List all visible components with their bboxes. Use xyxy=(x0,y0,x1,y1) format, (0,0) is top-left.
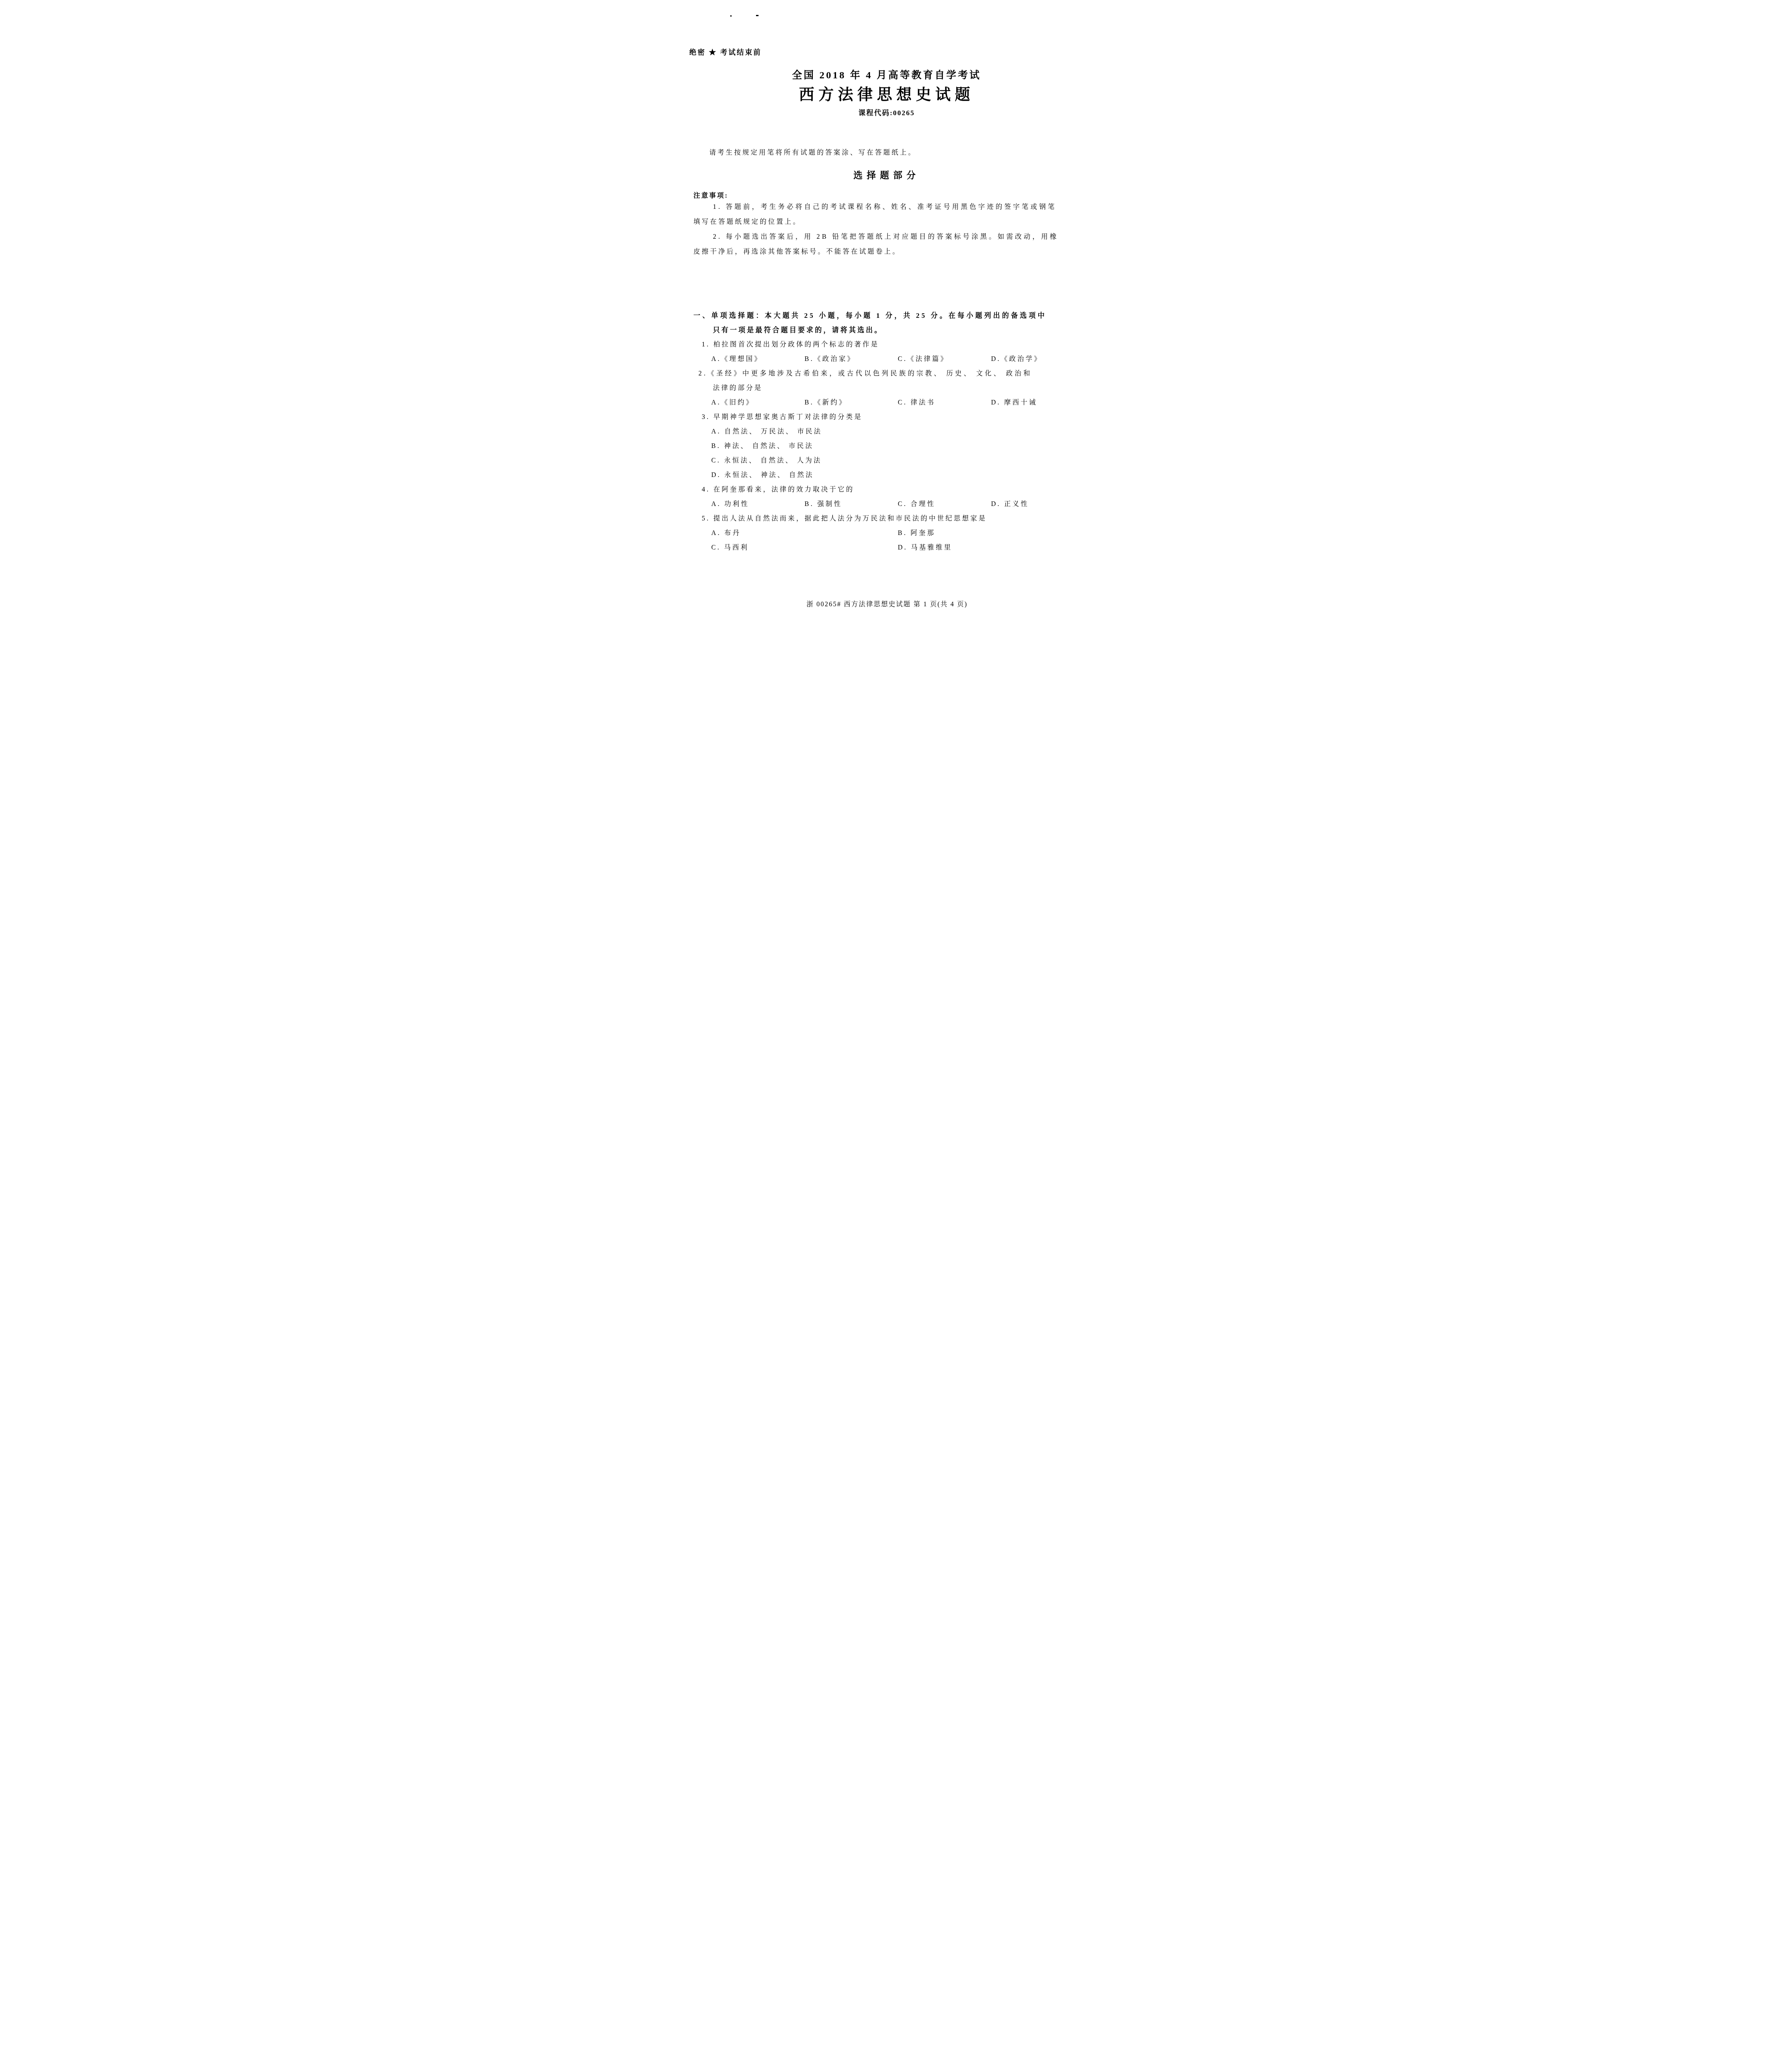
question-2-option-d: D. 摩西十诫 xyxy=(991,395,1037,410)
question-4-options: A. 功利性 B. 强制性 C. 合理性 D. 正义性 xyxy=(693,497,1080,511)
notice-title: 注意事项: xyxy=(693,190,1080,200)
question-5-option-c: C. 马西利 xyxy=(711,540,898,555)
question-1-option-d: D.《政治学》 xyxy=(991,352,1042,366)
notice-item-1-line-2: 填写在答题纸规定的位置上。 xyxy=(693,215,1080,230)
question-3-option-b: B. 神法、 自然法、 市民法 xyxy=(693,439,1080,453)
question-1-option-c: C.《法律篇》 xyxy=(898,352,991,366)
question-1-option-a: A.《理想国》 xyxy=(711,352,805,366)
scan-artifact-dot xyxy=(756,15,759,16)
course-code: 课程代码:00265 xyxy=(693,107,1080,117)
notice-item-1-line-1: 1. 答题前，考生务必将自己的考试课程名称、姓名、准考证号用黑色字迹的签字笔或钢… xyxy=(693,200,1080,215)
question-1-options: A.《理想国》 B.《政治家》 C.《法律篇》 D.《政治学》 xyxy=(693,352,1080,366)
question-3-option-c: C. 永恒法、 自然法、 人为法 xyxy=(693,453,1080,468)
question-1-stem: 1. 柏拉图首次提出划分政体的两个标志的著作是 xyxy=(693,337,1080,352)
section-heading: 选择题部分 xyxy=(693,168,1080,181)
question-5-options-row-2: C. 马西利 D. 马基雅维里 xyxy=(693,540,1080,555)
question-2-options: A.《旧约》 B.《新约》 C. 律法书 D. 摩西十诫 xyxy=(693,395,1080,410)
question-2-option-a: A.《旧约》 xyxy=(711,395,805,410)
single-choice-section: 一、单项选择题：本大题共 25 小题，每小题 1 分，共 25 分。在每小题列出… xyxy=(693,308,1080,555)
notice-item-2-line-1: 2. 每小题选出答案后，用 2B 铅笔把答题纸上对应题目的答案标号涂黑。如需改动… xyxy=(693,230,1080,244)
candidate-instruction: 请考生按规定用笔将所有试题的答案涂、写在答题纸上。 xyxy=(693,147,1080,157)
exam-title: 全国 2018 年 4 月高等教育自学考试 xyxy=(693,67,1080,81)
question-5-options-row-1: A. 布丹 B. 阿奎那 xyxy=(693,526,1080,540)
question-3-option-d: D. 永恒法、 神法、 自然法 xyxy=(693,468,1080,482)
question-4-stem: 4. 在阿奎那看来，法律的效力取决于它的 xyxy=(693,482,1080,497)
question-4-option-d: D. 正义性 xyxy=(991,497,1029,511)
question-5-option-b: B. 阿奎那 xyxy=(898,526,935,540)
mcq-section-heading-line-1: 一、单项选择题：本大题共 25 小题，每小题 1 分，共 25 分。在每小题列出… xyxy=(693,308,1080,323)
security-classification-label: 绝密 ★ 考试结束前 xyxy=(689,46,1080,57)
question-3-stem: 3. 早期神学思想家奥古斯丁对法律的分类是 xyxy=(693,410,1080,424)
scan-artifact-dot xyxy=(730,15,732,17)
notice-item-2-line-2: 皮擦干净后，再选涂其他答案标号。不能答在试题卷上。 xyxy=(693,244,1080,259)
mcq-section-heading-line-2: 只有一项是最符合题目要求的，请将其选出。 xyxy=(693,323,1080,337)
exam-paper-page: 绝密 ★ 考试结束前 全国 2018 年 4 月高等教育自学考试 西方法律思想史… xyxy=(665,0,1109,626)
question-3-option-a: A. 自然法、 万民法、 市民法 xyxy=(693,424,1080,439)
question-2-option-c: C. 律法书 xyxy=(898,395,991,410)
question-5-option-a: A. 布丹 xyxy=(711,526,898,540)
question-4-option-c: C. 合理性 xyxy=(898,497,991,511)
question-2-option-b: B.《新约》 xyxy=(805,395,898,410)
question-5-stem: 5. 提出人法从自然法而来，据此把人法分为万民法和市民法的中世纪思想家是 xyxy=(693,511,1080,526)
question-1-option-b: B.《政治家》 xyxy=(805,352,898,366)
question-4-option-b: B. 强制性 xyxy=(805,497,898,511)
question-2-stem-line-2: 法律的部分是 xyxy=(693,381,1080,395)
question-2-stem-line-1: 2.《圣经》中更多地涉及古希伯来，或古代以色列民族的宗教、 历史、 文化、 政治… xyxy=(693,366,1080,381)
paper-title: 西方法律思想史试题 xyxy=(693,82,1080,104)
page-footer: 浙 00265# 西方法律思想史试题 第 1 页(共 4 页) xyxy=(665,599,1109,608)
question-4-option-a: A. 功利性 xyxy=(711,497,805,511)
question-5-option-d: D. 马基雅维里 xyxy=(898,540,952,555)
